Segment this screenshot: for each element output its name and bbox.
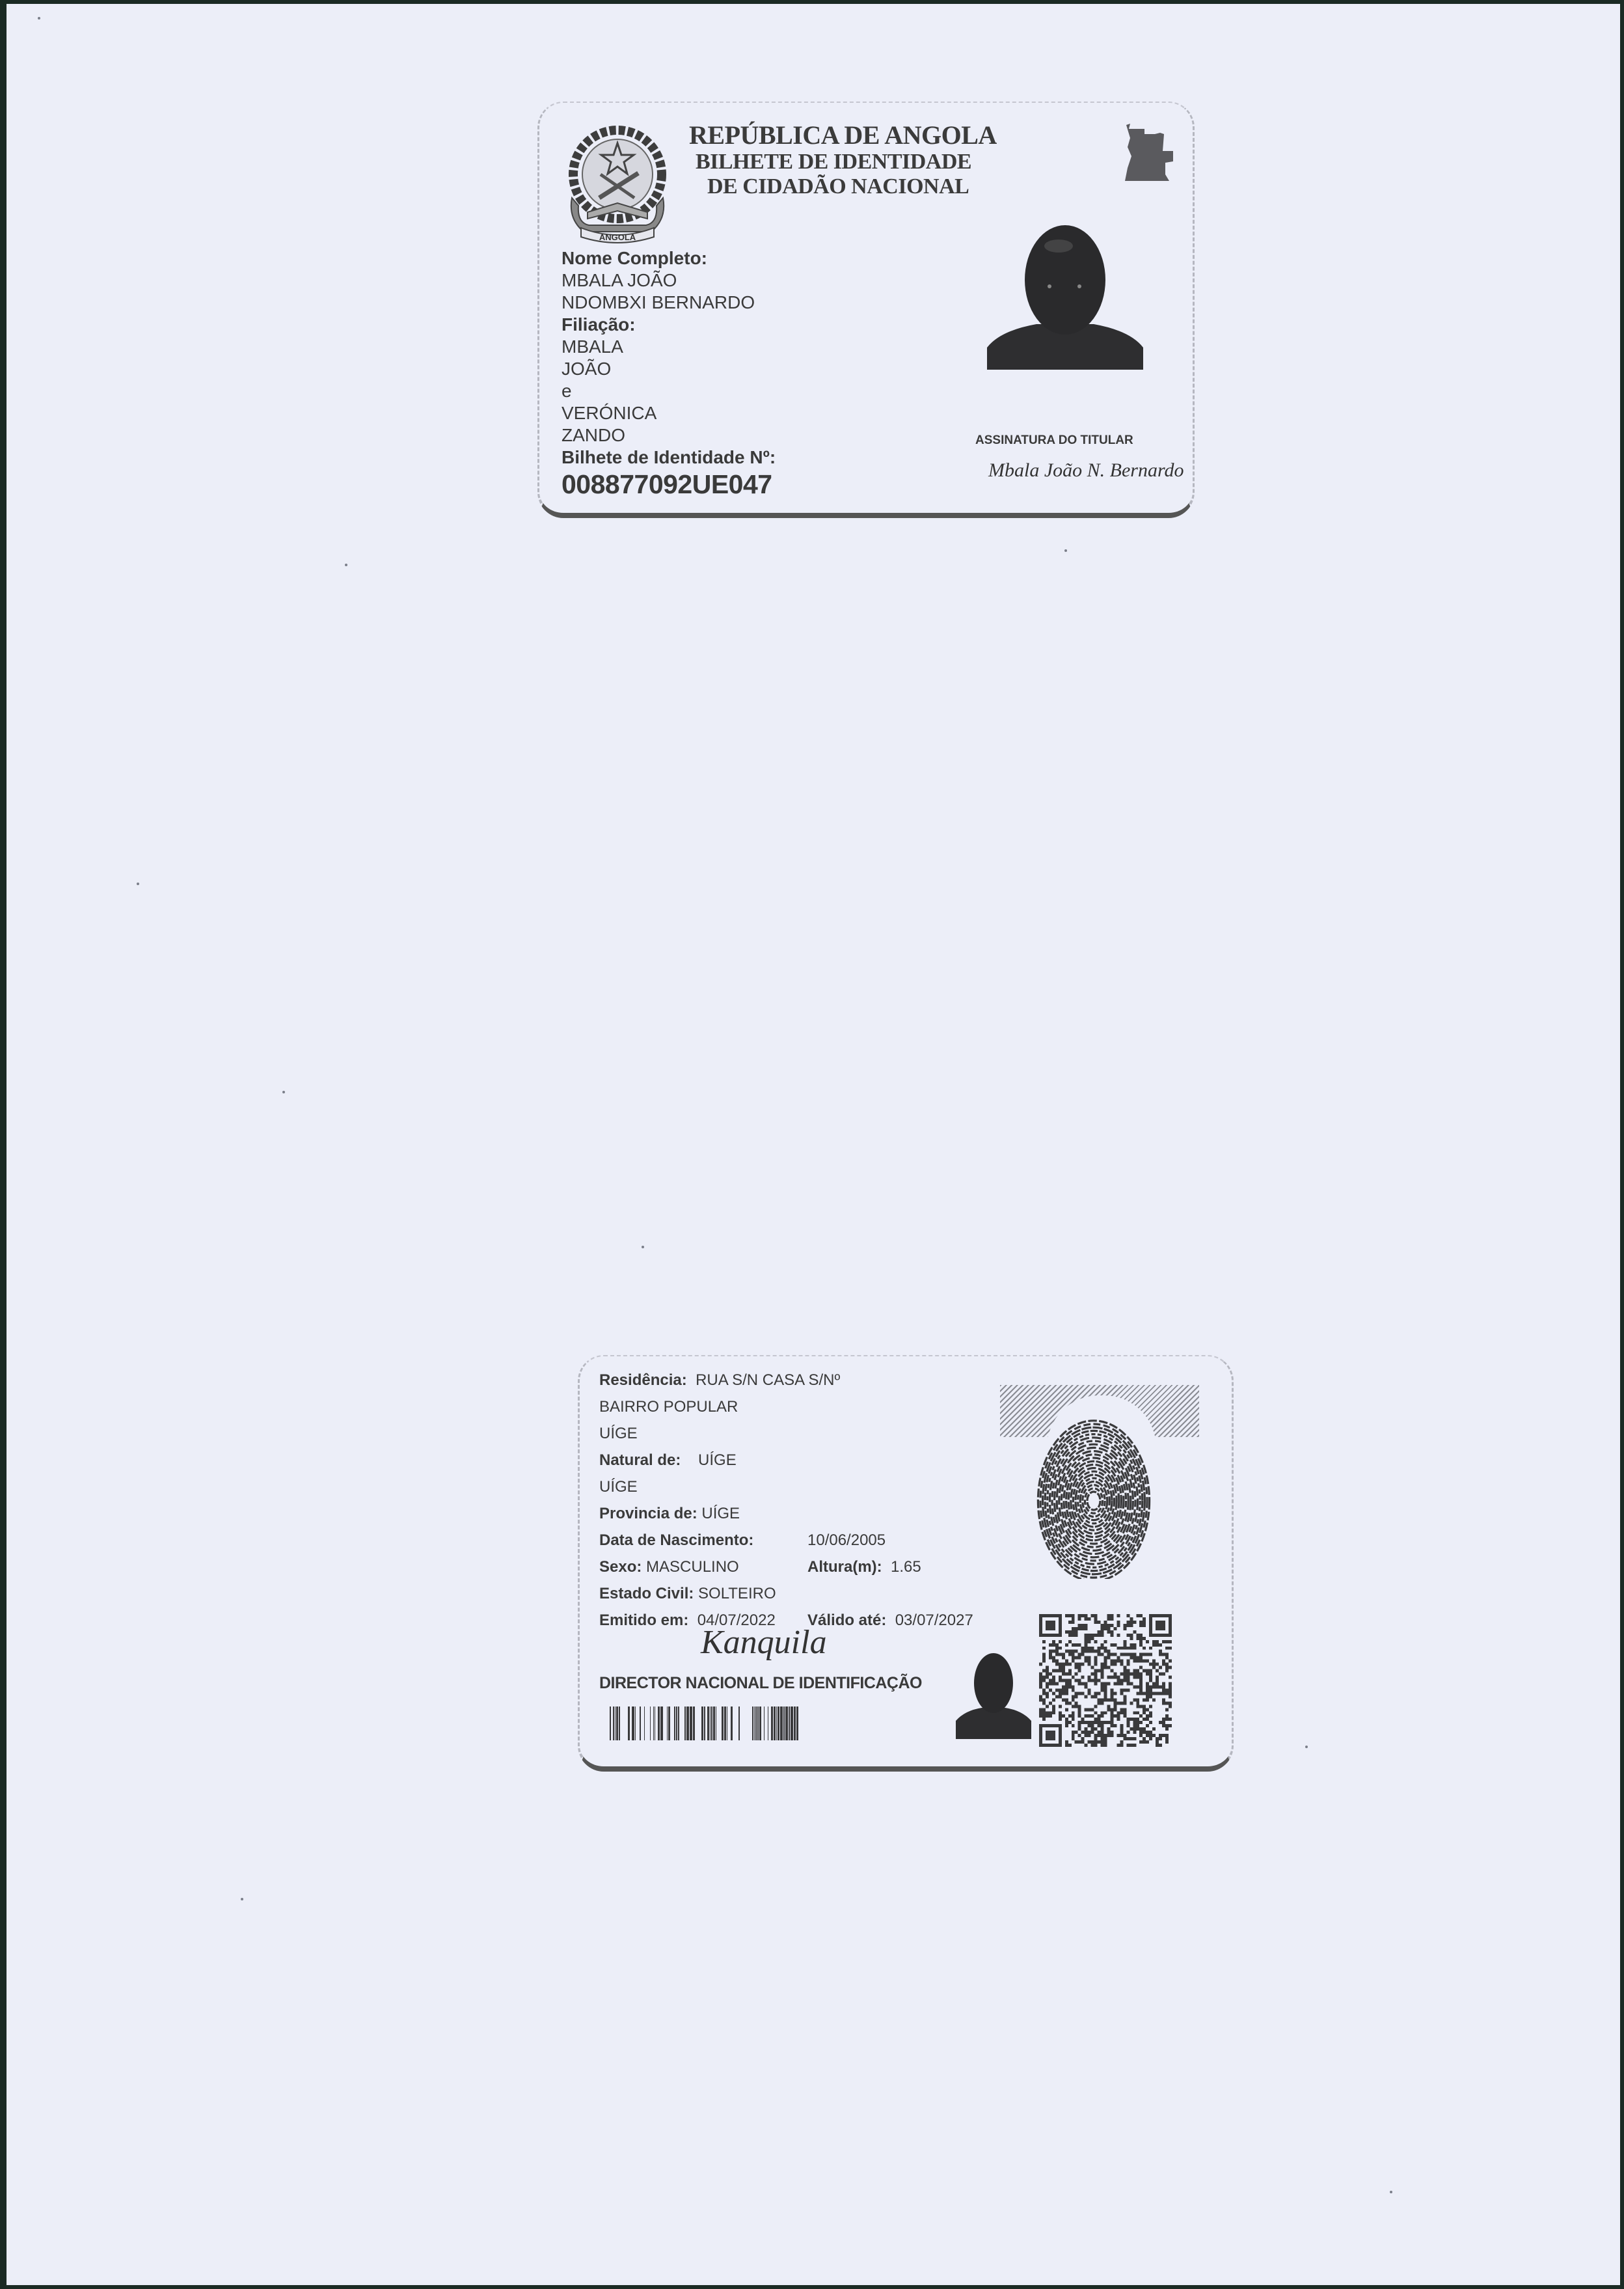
full-name-line2: NDOMBXI BERNARDO xyxy=(562,292,776,314)
scan-speck xyxy=(38,17,40,20)
holder-signature: Mbala João N. Bernardo xyxy=(988,459,1184,482)
province: UÍGE xyxy=(701,1505,740,1522)
scan-speck xyxy=(1305,1746,1308,1748)
barcode-icon xyxy=(610,1706,800,1740)
svg-text:ANGOLA: ANGOLA xyxy=(599,232,636,242)
card-title: BILHETE DE IDENTIDADE xyxy=(696,150,997,174)
scan-speck xyxy=(1064,549,1067,552)
birthplace-label: Natural de: xyxy=(599,1451,681,1469)
front-fields: Nome Completo: MBALA JOÃO NDOMBXI BERNAR… xyxy=(562,247,776,501)
marital-status: SOLTEIRO xyxy=(698,1585,776,1602)
id-card-back: Residência: RUA S/N CASA S/Nº BAIRRO POP… xyxy=(578,1355,1234,1772)
scan-speck xyxy=(642,1246,644,1248)
full-name-label: Nome Completo: xyxy=(562,247,776,269)
director-signature: Kanquila xyxy=(701,1623,827,1662)
filiation-label: Filiação: xyxy=(562,314,776,336)
valid-date: 03/07/2027 xyxy=(895,1611,973,1629)
filiation-line: VERÓNICA xyxy=(562,402,776,424)
filiation-line: MBALA xyxy=(562,336,776,358)
full-name-line1: MBALA JOÃO xyxy=(562,269,776,292)
birthplace: UÍGE xyxy=(698,1451,737,1469)
qr-code-icon xyxy=(1038,1614,1173,1747)
residence-line3: UÍGE xyxy=(599,1420,840,1447)
scan-speck xyxy=(241,1898,243,1900)
card-subtitle: DE CIDADÃO NACIONAL xyxy=(707,174,997,199)
scan-speck xyxy=(345,564,347,566)
id-card-front: ANGOLA REPÚBLICA DE ANGOLA BILHETE DE ID… xyxy=(537,102,1195,518)
dob: 10/06/2005 xyxy=(807,1527,886,1554)
scan-speck xyxy=(137,883,139,885)
issued-label: Emitido em: xyxy=(599,1611,688,1629)
dob-label: Data de Nascimento: xyxy=(599,1531,753,1549)
angola-map-icon xyxy=(1122,122,1178,185)
country-title: REPÚBLICA DE ANGOLA xyxy=(689,121,997,150)
birthplace-line2: UÍGE xyxy=(599,1473,840,1500)
filiation-line: e xyxy=(562,380,776,402)
holder-photo xyxy=(987,220,1143,370)
card-header: REPÚBLICA DE ANGOLA BILHETE DE IDENTIDAD… xyxy=(689,121,997,199)
holder-photo-small xyxy=(956,1648,1031,1739)
signature-label: ASSINATURA DO TITULAR xyxy=(975,433,1133,448)
id-number: 008877092UE047 xyxy=(562,467,776,501)
sex-label: Sexo: xyxy=(599,1558,642,1576)
scan-speck xyxy=(1390,2191,1392,2193)
scan-speck xyxy=(282,1091,285,1093)
sex: MASCULINO xyxy=(646,1558,739,1576)
back-fields: Residência: RUA S/N CASA S/Nº BAIRRO POP… xyxy=(599,1367,840,1634)
filiation-line: ZANDO xyxy=(562,424,776,446)
filiation-line: JOÃO xyxy=(562,358,776,380)
angola-coat-of-arms-icon: ANGOLA xyxy=(562,121,673,246)
height: 1.65 xyxy=(891,1558,921,1576)
residence-label: Residência: xyxy=(599,1371,687,1389)
id-number-label: Bilhete de Identidade Nº: xyxy=(562,446,776,469)
height-label: Altura(m): xyxy=(807,1558,882,1576)
residence-line1: RUA S/N CASA S/Nº xyxy=(696,1371,840,1389)
fingerprint-icon xyxy=(1035,1410,1152,1579)
director-label: DIRECTOR NACIONAL DE IDENTIFICAÇÃO xyxy=(599,1674,922,1693)
residence-line2: BAIRRO POPULAR xyxy=(599,1393,840,1420)
province-label: Provincia de: xyxy=(599,1505,697,1522)
marital-label: Estado Civil: xyxy=(599,1585,694,1602)
